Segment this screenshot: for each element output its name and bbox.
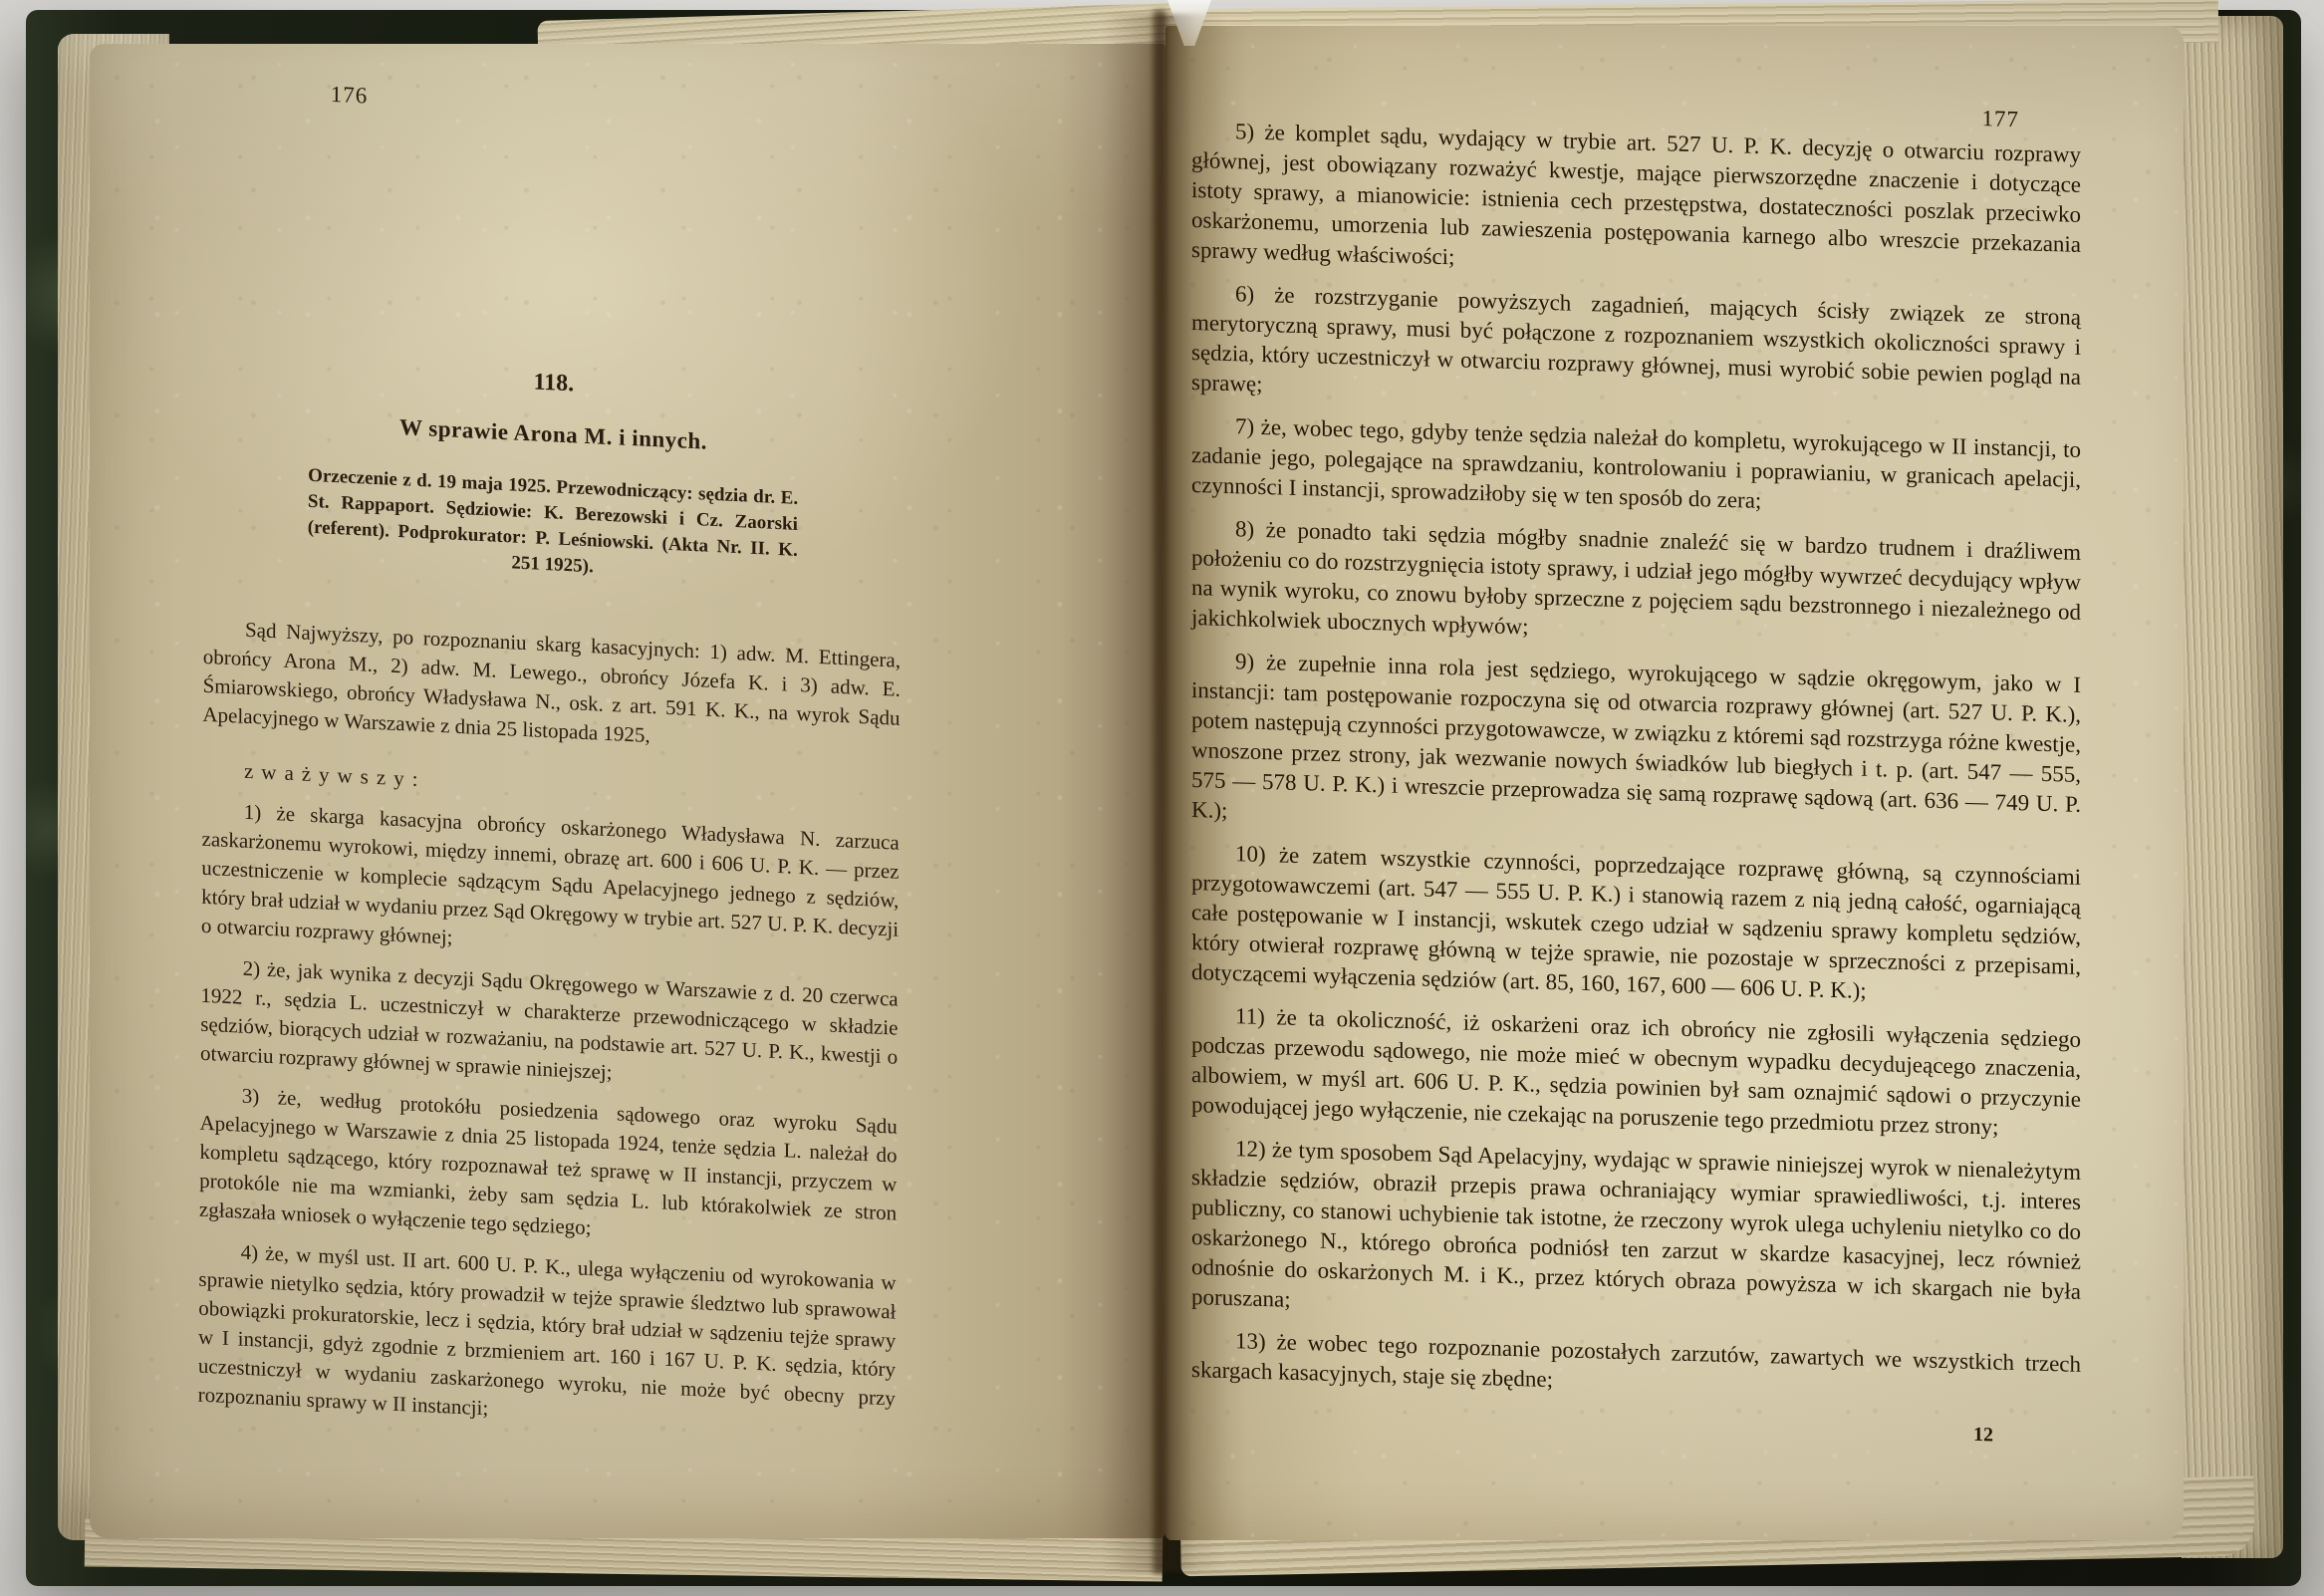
page-number-left: 176 xyxy=(331,80,369,111)
intro-paragraph: Sąd Najwyższy, po rozpoznaniu skarg kasa… xyxy=(202,614,901,762)
judgment-paragraph-12: 12) że tym sposobem Sąd Apelacyjny, wyda… xyxy=(1191,1133,2081,1337)
judgment-paragraph-4: 4) że, w myśl ust. II art. 600 U. P. K.,… xyxy=(198,1236,897,1443)
photo-background: 176 118. W sprawie Arona M. i innych. Or… xyxy=(0,0,2324,1596)
signature-mark: 12 xyxy=(1191,1398,2081,1453)
section-number: 118. xyxy=(205,353,903,414)
judgment-paragraph-2: 2) że, jak wynika z decyzji Sądu Okręgow… xyxy=(200,952,899,1101)
judgment-paragraph-6: 6) że rozstrzyganie powyższych zagadnień… xyxy=(1191,278,2081,422)
judgment-paragraph-8: 8) że ponadto taki sędzia mógłby snadnie… xyxy=(1191,513,2081,658)
judgment-paragraph-9: 9) że zupełnie inna rola jest sędziego, … xyxy=(1191,646,2081,850)
right-page-text: 177 5) że komplet sądu, wydający w trybi… xyxy=(1191,58,2081,1472)
gutter-crease xyxy=(1154,10,1165,1574)
case-title: W sprawie Arona M. i innych. xyxy=(204,403,902,465)
judgment-paragraph-11: 11) że ta okoliczność, iż oskarżeni oraz… xyxy=(1191,1000,2081,1145)
left-page-text: 176 118. W sprawie Arona M. i innych. Or… xyxy=(198,62,904,1443)
page-edges-right xyxy=(2182,16,2283,1558)
judgment-paragraph-5: 5) że komplet sądu, wydający w trybie ar… xyxy=(1191,116,2081,290)
page-number-right: 177 xyxy=(1982,104,2020,134)
judgment-paragraph-3: 3) że, według protokółu posiedzenia sądo… xyxy=(199,1080,898,1257)
case-citation: Orzeczenie z d. 19 maja 1925. Przewodnic… xyxy=(307,463,798,590)
judgment-paragraph-10: 10) że zatem wszystkie czynności, poprze… xyxy=(1191,838,2081,1012)
judgment-paragraph-7: 7) że, wobec tego, gdyby tenże sędzia na… xyxy=(1191,410,2081,525)
judgment-paragraph-1: 1) że skarga kasacyjna obrońcy oskarżone… xyxy=(201,796,900,973)
judgment-paragraph-13: 13) że wobec tego rozpoznanie pozostałyc… xyxy=(1191,1325,2081,1410)
